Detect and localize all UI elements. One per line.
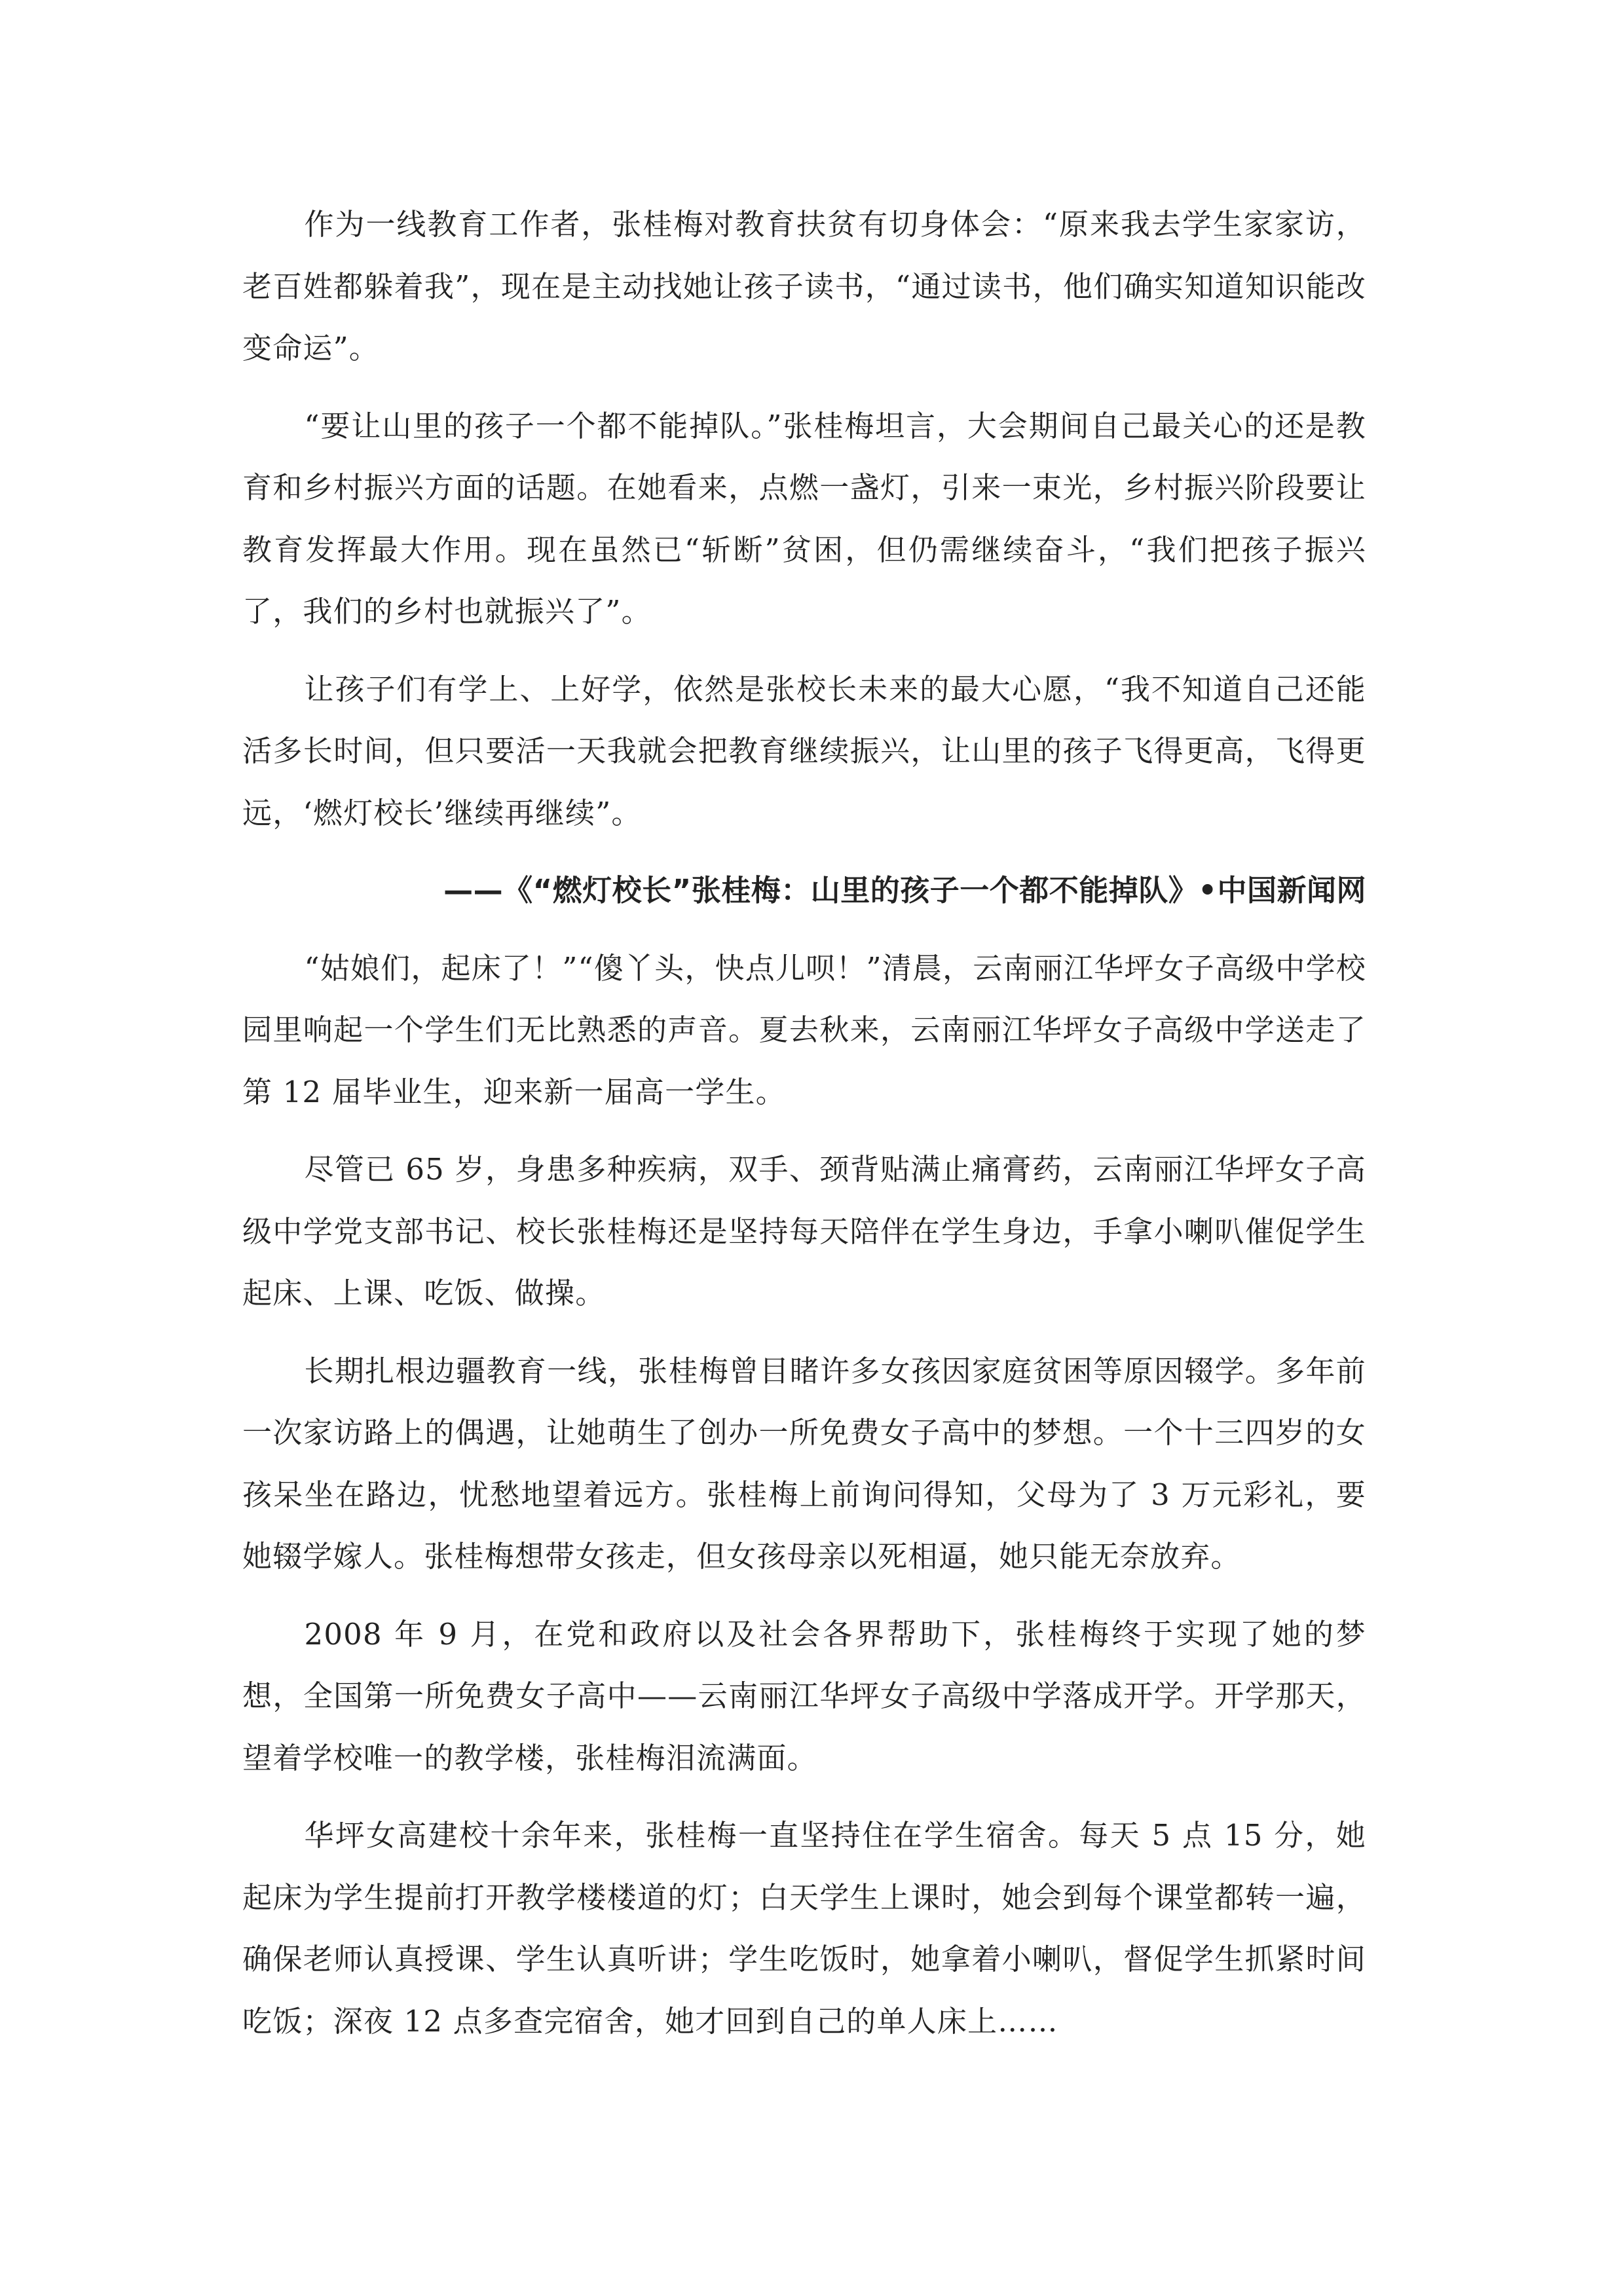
source-attribution: ——《“燃灯校长”张桂梅：山里的孩子一个都不能掉队》•中国新闻网	[242, 860, 1366, 922]
paragraph-rural-revitalization: “要让山里的孩子一个都不能掉队。”张桂梅坦言，大会期间自己最关心的还是教育和乡村…	[242, 396, 1366, 643]
paragraph-origin-of-dream: 长期扎根边疆教育一线，张桂梅曾目睹许多女孩因家庭贫困等原因辍学。多年前一次家访路…	[242, 1341, 1366, 1588]
paragraph-daily-companionship: 尽管已 65 岁，身患多种疾病，双手、颈背贴满止痛膏药，云南丽江华坪女子高级中学…	[242, 1139, 1366, 1325]
paragraph-school-founding: 2008 年 9 月，在党和政府以及社会各界帮助下，张桂梅终于实现了她的梦想，全…	[242, 1604, 1366, 1790]
document-page: 作为一线教育工作者，张桂梅对教育扶贫有切身体会：“原来我去学生家家访，老百姓都躲…	[242, 194, 1366, 2068]
paragraph-daily-routine: 华坪女高建校十余年来，张桂梅一直坚持住在学生宿舍。每天 5 点 15 分，她起床…	[242, 1805, 1366, 2052]
paragraph-morning-wakeup: “姑娘们，起床了！”“傻丫头，快点儿呗！”清晨，云南丽江华坪女子高级中学校园里响…	[242, 938, 1366, 1124]
paragraph-education-experience: 作为一线教育工作者，张桂梅对教育扶贫有切身体会：“原来我去学生家家访，老百姓都躲…	[242, 194, 1366, 380]
paragraph-greatest-wish: 让孩子们有学上、上好学，依然是张校长未来的最大心愿，“我不知道自己还能活多长时间…	[242, 659, 1366, 845]
